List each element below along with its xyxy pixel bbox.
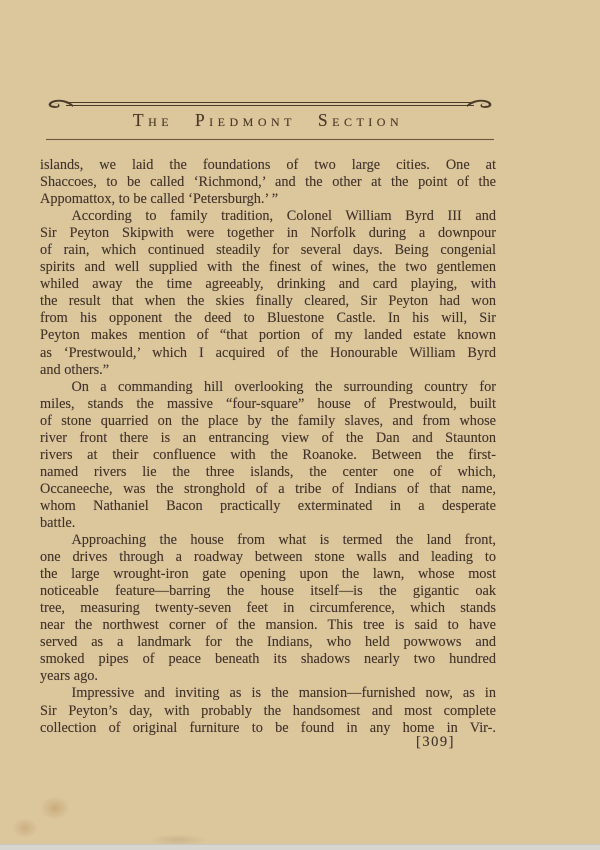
text-line: whom Nathaniel Bacon practically extermi… <box>40 498 496 515</box>
scroll-flourish-right-icon <box>467 100 491 108</box>
page-body: islands, we laid the foundations of two … <box>40 157 496 737</box>
page-number: [309] <box>416 734 455 751</box>
text-line: smoked pipes of peace beneath its shadow… <box>40 651 496 668</box>
text-line: river front there is an entrancing view … <box>40 430 496 447</box>
title-rule <box>46 139 494 140</box>
text-line: islands, we laid the foundations of two … <box>40 157 496 174</box>
text-line: battle. <box>40 515 496 532</box>
text-line: of stone quarried on the place by the fa… <box>40 413 496 430</box>
text-line: Approaching the house from what is terme… <box>40 532 496 549</box>
rule-line-top <box>66 102 474 103</box>
text-line: years ago. <box>40 668 496 685</box>
paper-stain <box>12 818 38 838</box>
text-line: near the northwest corner of the mansion… <box>40 617 496 634</box>
text-line: noticeable feature—barring the house its… <box>40 583 496 600</box>
scanner-edge <box>0 844 600 850</box>
text-line: the large wrought-iron gate opening upon… <box>40 566 496 583</box>
text-line: Appomattox, to be called ‘Petersburgh.’ … <box>40 191 496 208</box>
text-line: rivers at their confluence with the Roan… <box>40 447 496 464</box>
text-line: On a commanding hill overlooking the sur… <box>40 379 496 396</box>
text-line: Occaneeche, was the stronghold of a trib… <box>40 481 496 498</box>
text-line: as ‘Prestwould,’ which I acquired of the… <box>40 345 496 362</box>
text-line: spirits and well supplied with the fines… <box>40 259 496 276</box>
text-line: Shaccoes, to be called ‘Richmond,’ and t… <box>40 174 496 191</box>
text-line: miles, stands the massive “four-square” … <box>40 396 496 413</box>
text-line: one drives through a roadway between sto… <box>40 549 496 566</box>
text-line: whiled away the time agreeably, drinking… <box>40 276 496 293</box>
text-line: Sir Peyton Skipwith were together in Nor… <box>40 225 496 242</box>
text-line: of rain, which continued steadily for se… <box>40 242 496 259</box>
text-line: named rivers lie the three islands, the … <box>40 464 496 481</box>
text-line: and others.” <box>40 362 496 379</box>
paper-stain <box>40 796 70 820</box>
text-line: Peyton makes mention of “that portion of… <box>40 327 496 344</box>
scroll-flourish-left-icon <box>49 100 73 108</box>
text-line: According to family tradition, Colonel W… <box>40 208 496 225</box>
text-line: the result that when the skies finally c… <box>40 293 496 310</box>
book-page: The Piedmont Section islands, we laid th… <box>0 0 600 850</box>
text-line: tree, measuring twenty-seven feet in cir… <box>40 600 496 617</box>
text-line: Sir Peyton’s day, with probably the hand… <box>40 703 496 720</box>
rule-line-bottom <box>66 105 474 106</box>
text-line: Impressive and inviting as is the mansio… <box>40 685 496 702</box>
page-title: The Piedmont Section <box>40 110 496 131</box>
text-line: from his opponent the deed to Bluestone … <box>40 310 496 327</box>
text-line: served as a landmark for the Indians, wh… <box>40 634 496 651</box>
